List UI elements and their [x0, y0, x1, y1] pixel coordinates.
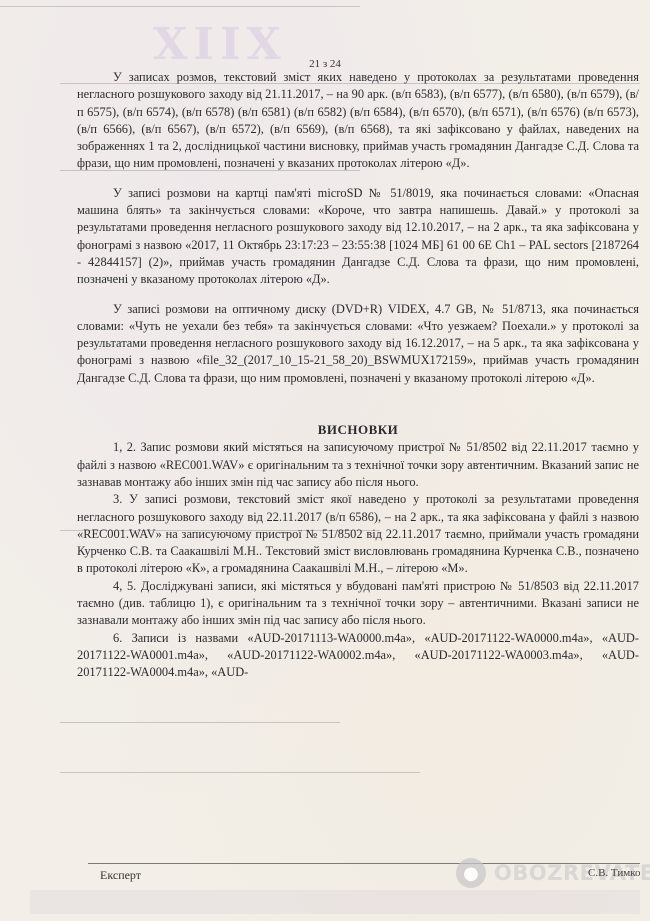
paragraph-microsd: У записі розмови на картці пам'яті micro… [77, 185, 639, 289]
document-body: У записах розмов, текстовий зміст яких н… [77, 69, 639, 682]
document-page: XIIX 21 з 24 У записах розмов, текстовий… [0, 0, 650, 921]
ruled-line [60, 772, 420, 773]
expert-signature: С.В. Тимко [588, 867, 641, 879]
conclusions-heading: ВИСНОВКИ [77, 421, 639, 438]
conclusion-item: 3. У записі розмови, текстовий зміст яко… [77, 491, 639, 577]
top-rule [0, 6, 360, 7]
globe-icon: ● [456, 858, 486, 888]
expert-label: Експерт [100, 868, 141, 883]
scan-artifact [30, 890, 640, 914]
conclusion-item: 1, 2. Запис розмови який містяться на за… [77, 439, 639, 491]
paragraph-records-1: У записах розмов, текстовий зміст яких н… [77, 69, 639, 173]
conclusion-item: 6. Записи із назвами «AUD-20171113-WA000… [77, 630, 639, 682]
ruled-line [60, 722, 340, 723]
paragraph-dvd: У записі розмови на оптичному диску (DVD… [77, 301, 639, 387]
conclusion-item: 4, 5. Досліджувані записи, які містяться… [77, 578, 639, 630]
